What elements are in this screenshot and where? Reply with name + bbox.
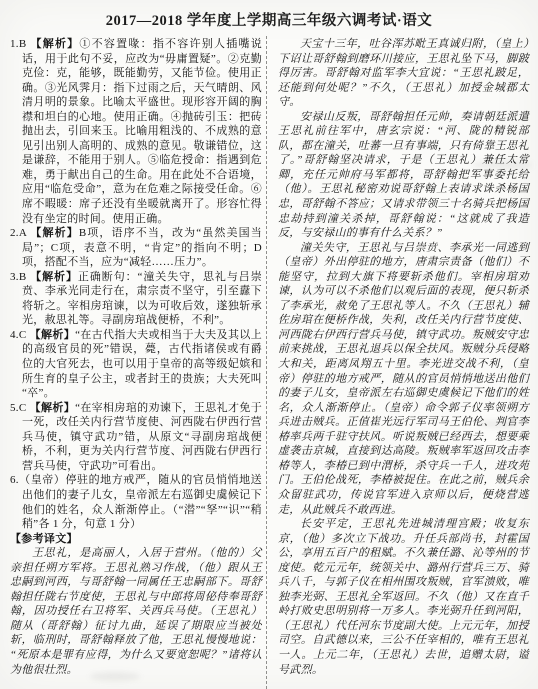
answer-item-2: 2.A 【解析】B项，语序不当，改为“虽然美国当局”；C项，表意不明，“肯定”的… bbox=[10, 226, 262, 270]
translation-paragraph: 长安平定，王思礼先进城清理宫殿；收复东京，（他）多次立下战功。升任兵部尚书，封霍… bbox=[278, 517, 529, 677]
analysis-label: 【解析】 bbox=[30, 329, 75, 341]
answer-item-5: 5.C 【解析】“在宰相房琯的劝谏下，王思礼才免于一死，改任关内行营节度使、河西… bbox=[10, 401, 262, 474]
page-title: 2017—2018 学年度上学期高三年级六调考试·语文 bbox=[0, 0, 538, 30]
answer-item-1: 1.B 【解析】①不容置喙：指不容许别人插嘴说话，用于此句不妥，应改为“毋庸置疑… bbox=[10, 37, 262, 226]
translation-paragraph: 天宝十三年，吐谷浑苏毗王真诚归附，（皇上）下诏让哥舒翰到磨环川接应，王思礼坠下马… bbox=[278, 37, 529, 110]
left-column: 1.B 【解析】①不容置喙：指不容许别人插嘴说话，用于此句不妥，应改为“毋庸置疑… bbox=[0, 33, 269, 689]
answer-number: 3.B bbox=[10, 271, 27, 283]
analysis-label: 【解析】 bbox=[30, 271, 78, 283]
translation-heading: 【参考译文】 bbox=[10, 532, 262, 547]
analysis-label: 【解析】 bbox=[30, 38, 79, 50]
answer-number: 1.B bbox=[10, 38, 27, 50]
two-column-layout: 1.B 【解析】①不容置喙：指不容许别人插嘴说话，用于此句不妥，应改为“毋庸置疑… bbox=[0, 33, 538, 689]
answer-number: 6. bbox=[10, 474, 19, 486]
answer-number: 5.C bbox=[10, 402, 27, 414]
answer-number: 2.A bbox=[10, 227, 27, 239]
translation-paragraph: 王思礼，是高丽人，入居于营州。（他的）父亲担任朔方军将。王思礼熟习作战，（他）跟… bbox=[10, 546, 262, 677]
answer-item-6: 6.（皇帝）停驻的地方戒严，随从的官员悄悄地送出他们的妻子儿女，皇帝派左右巡御史… bbox=[10, 473, 262, 531]
answer-text: ①不容置喙：指不容许别人插嘴说话，用于此句不妥，应改为“毋庸置疑”。②克勤克俭：… bbox=[22, 38, 262, 225]
answer-item-4: 4.C 【解析】“在古代指大夫或相当于大夫及其以上的高级官员的死”错误，薨，古代… bbox=[10, 328, 262, 401]
translation-paragraph: 安禄山反叛，哥舒翰担任元帅，奏请朝廷派遣王思礼前往军中，唐玄宗说：“河、陇的精锐… bbox=[278, 110, 529, 241]
right-column: 天宝十三年，吐谷浑苏毗王真诚归附，（皇上）下诏让哥舒翰到磨环川接应，王思礼坠下马… bbox=[269, 33, 538, 689]
analysis-label: 【解析】 bbox=[30, 227, 78, 239]
answer-item-3: 3.B 【解析】正确断句：“潼关失守，思礼与吕崇贲、李承光同走行在，肃宗责不坚守… bbox=[10, 270, 262, 328]
scanned-answer-page: 2017—2018 学年度上学期高三年级六调考试·语文 1.B 【解析】①不容置… bbox=[0, 0, 538, 689]
analysis-label: 【解析】 bbox=[30, 402, 75, 414]
translation-paragraph: 潼关失守，王思礼与吕崇贲、李承光一同逃到（皇帝）外出停驻的地方，唐肃宗责备（他们… bbox=[278, 241, 529, 517]
answer-number: 4.C bbox=[10, 329, 27, 341]
answer-text: （皇帝）停驻的地方戒严，随从的官员悄悄地送出他们的妻子儿女，皇帝派左右巡御史虞候… bbox=[19, 474, 262, 530]
